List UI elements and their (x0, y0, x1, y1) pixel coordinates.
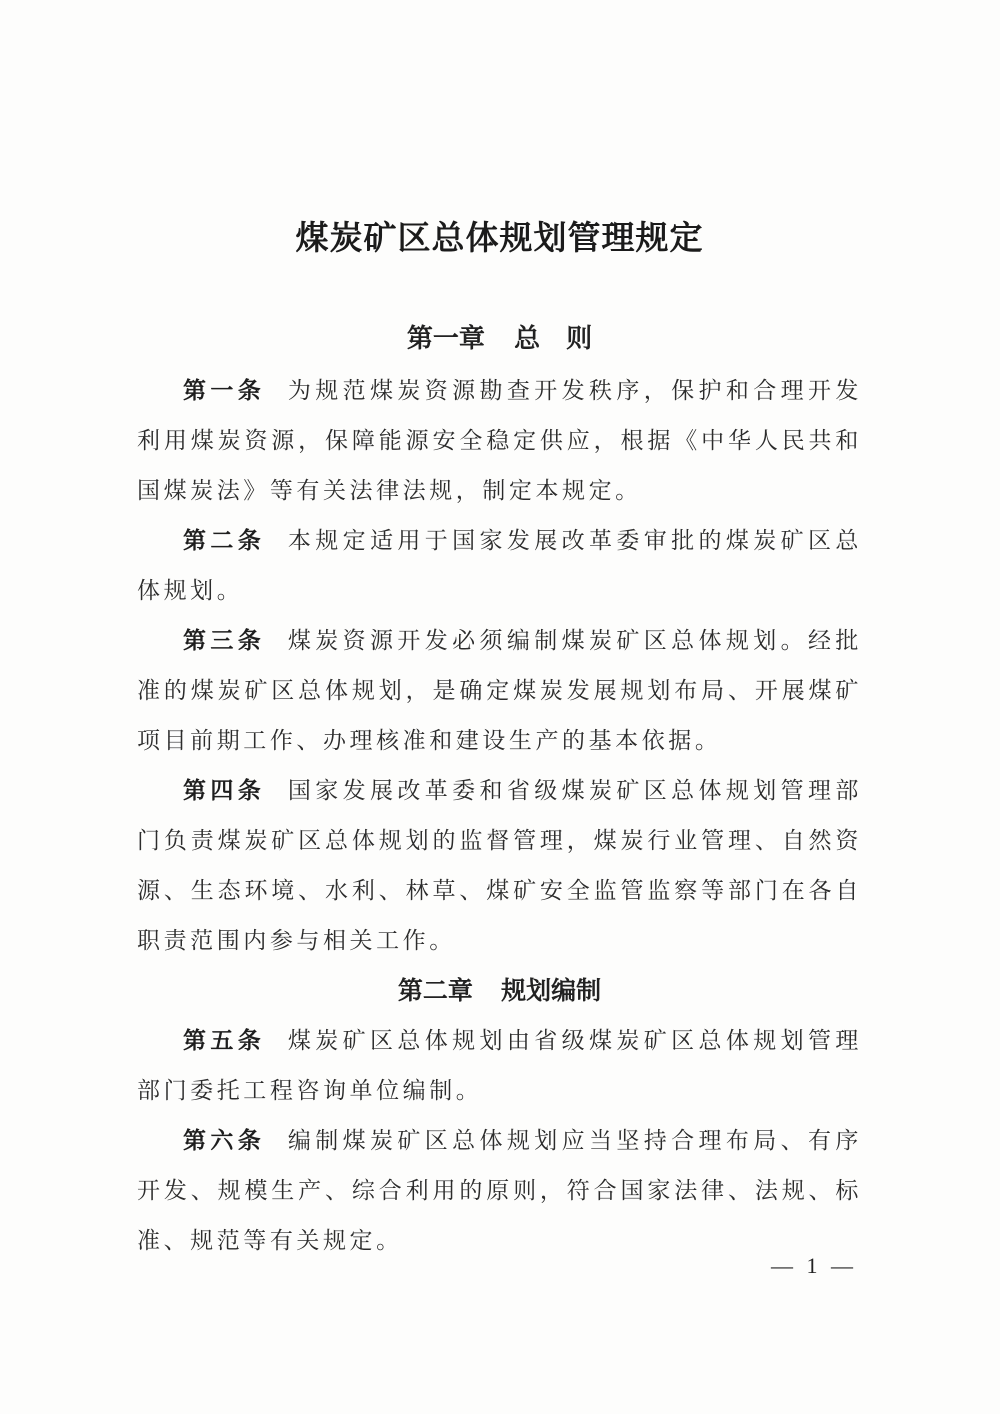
article-5: 第五条 煤炭矿区总体规划由省级煤炭矿区总体规划管理部门委托工程咨询单位编制。 (137, 1016, 862, 1116)
chapter-2-number: 第二章 (398, 977, 473, 1005)
article-1: 第一条 为规范煤炭资源勘查开发秩序，保护和合理开发利用煤炭资源，保障能源安全稳定… (137, 366, 862, 516)
article-2-label: 第二条 (183, 528, 265, 553)
chapter-2-name: 规划编制 (501, 977, 601, 1005)
chapter-1-name: 总 则 (514, 323, 592, 353)
document-page: 煤炭矿区总体规划管理规定 第一章 总 则 第一条 为规范煤炭资源勘查开发秩序，保… (0, 0, 1000, 1414)
article-4: 第四条 国家发展改革委和省级煤炭矿区总体规划管理部门负责煤炭矿区总体规划的监督管… (137, 766, 862, 966)
article-4-label: 第四条 (183, 778, 265, 803)
article-4-text: 国家发展改革委和省级煤炭矿区总体规划管理部门负责煤炭矿区总体规划的监督管理，煤炭… (137, 778, 862, 953)
chapter-2-heading: 第二章 规划编制 (137, 966, 862, 1016)
chapter-1-number: 第一章 (407, 323, 485, 353)
article-2: 第二条 本规定适用于国家发展改革委审批的煤炭矿区总体规划。 (137, 516, 862, 616)
page-number: — 1 — (771, 1253, 857, 1279)
article-1-label: 第一条 (183, 378, 265, 403)
article-3: 第三条 煤炭资源开发必须编制煤炭矿区总体规划。经批准的煤炭矿区总体规划，是确定煤… (137, 616, 862, 766)
article-5-label: 第五条 (183, 1028, 265, 1053)
article-6-label: 第六条 (183, 1128, 265, 1153)
article-6: 第六条 编制煤炭矿区总体规划应当坚持合理布局、有序开发、规模生产、综合利用的原则… (137, 1116, 862, 1266)
document-title: 煤炭矿区总体规划管理规定 (137, 218, 862, 258)
chapter-1-heading: 第一章 总 则 (137, 322, 862, 354)
article-3-label: 第三条 (183, 628, 265, 653)
